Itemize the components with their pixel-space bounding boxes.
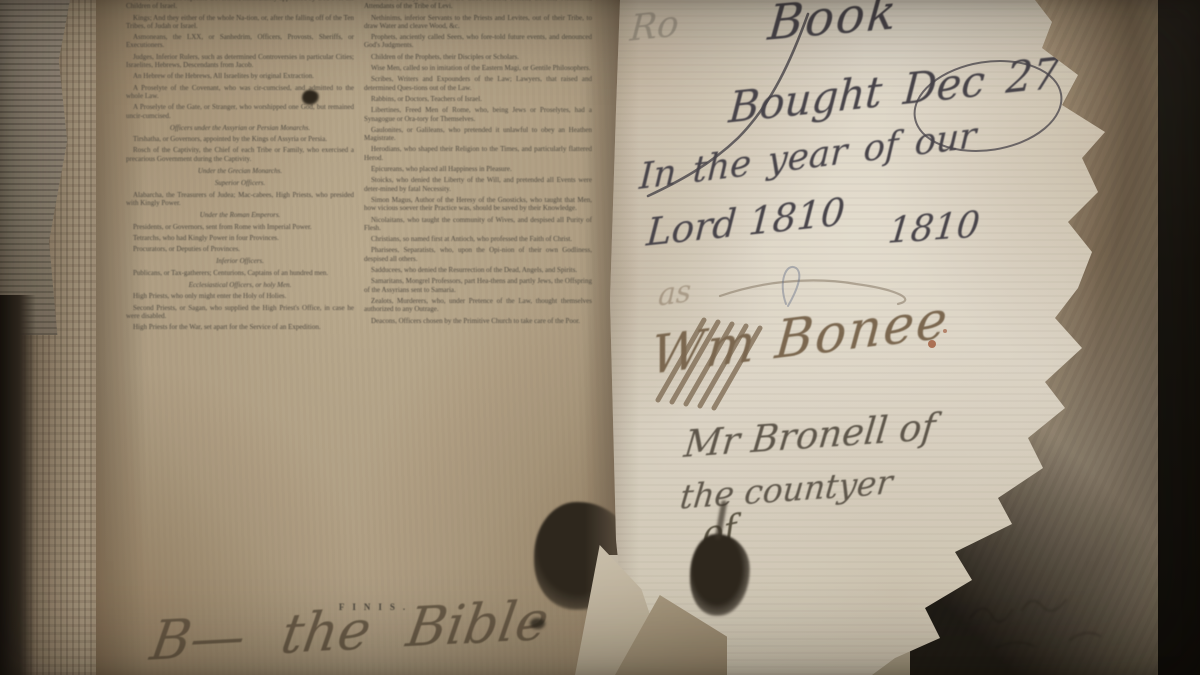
print-block: Superior Officers.: [132, 179, 348, 187]
print-block: Kings; And they either of the whole Na-t…: [126, 14, 354, 31]
print-block: Alabarcha, the Treasurers of Judea; Mac-…: [126, 191, 354, 208]
print-block: Ecclesiastical Officers, or holy Men.: [132, 281, 348, 289]
edge-shadow: [0, 295, 36, 675]
inscription-faint-mid: as: [658, 273, 692, 313]
print-block: Asmoneans, the LXX, or Sanhedrim, Office…: [126, 33, 354, 50]
print-block: Epicureans, who placed all Happiness in …: [364, 165, 592, 173]
left-printed-page: nours; Theocratic supreme Governors, imm…: [96, 0, 656, 675]
print-block: High Priests for the War, set apart for …: [126, 323, 354, 331]
print-block: Rabbins, or Doctors, Teachers of Israel.: [364, 95, 592, 103]
print-block: Sadducees, who denied the Resurrection o…: [364, 266, 592, 274]
print-block: A Proselyte of the Gate, or Stranger, wh…: [126, 103, 354, 120]
print-block: Herodians, who shaped their Religion to …: [364, 145, 592, 162]
print-block: Presidents, or Governors, sent from Rome…: [126, 223, 354, 231]
print-block: Aaron's Family; of these were three Orde…: [364, 0, 592, 11]
print-block: Zealots, Murderers, who, under Pretence …: [364, 297, 592, 314]
print-block: Nicolaitans, who taught the community of…: [364, 216, 592, 233]
print-block: Tetrarchs, who had Kingly Power in four …: [126, 234, 354, 242]
print-block: Gaulonites, or Galileans, who pretended …: [364, 126, 592, 143]
print-block: Libertines, Freed Men of Rome, who, bein…: [364, 106, 592, 123]
inscription-faint-top: Ro: [629, 3, 680, 50]
print-block: Children of the Prophets, their Disciple…: [364, 53, 592, 61]
print-block: Procurators, or Deputies of Provinces.: [126, 245, 354, 253]
print-column-1: nours; Theocratic supreme Governors, imm…: [126, 0, 354, 610]
print-block: Samaritans, Mongrel Professors, part Hea…: [364, 277, 592, 294]
print-block: nours; Theocratic supreme Governors, imm…: [126, 0, 354, 11]
print-block: Judges, Inferior Rulers, such as determi…: [126, 53, 354, 70]
print-block: Simon Magus, Author of the Heresy of the…: [364, 196, 592, 213]
print-block: Rosch of the Captivity, the Chief of eac…: [126, 146, 354, 163]
print-block: High Priests, who only might enter the H…: [126, 292, 354, 300]
print-block: Under the Roman Emperors.: [132, 211, 348, 219]
print-block: Pharisees, Separatists, who, upon the Op…: [364, 246, 592, 263]
print-block: Wise Men, called so in imitation of the …: [364, 64, 592, 72]
print-block: Publicans, or Tax-gatherers; Centurions,…: [126, 269, 354, 277]
print-block: Second Priests, or Sagan, who supplied t…: [126, 304, 354, 321]
print-block: Scribes, Writers and Expounders of the L…: [364, 75, 592, 92]
print-block: Prophets, anciently called Seers, who fo…: [364, 33, 592, 50]
print-block: Christians, so named first at Antioch, w…: [364, 235, 592, 243]
print-block: Nethinims, inferior Servants to the Prie…: [364, 14, 592, 31]
print-block: Tirshatha, or Governors, appointed by th…: [126, 135, 354, 143]
print-block: Inferior Officers.: [132, 257, 348, 265]
print-block: An Hebrew of the Hebrews, All Israelites…: [126, 72, 354, 80]
inscription-1810-repeat: 1810: [886, 205, 982, 253]
print-block: Officers under the Assyrian or Persian M…: [132, 124, 348, 132]
print-block: Deacons, Officers chosen by the Primitiv…: [364, 317, 592, 325]
print-block: Under the Grecian Monarchs.: [132, 167, 348, 175]
print-block: A Proselyte of the Covenant, who was cir…: [126, 84, 354, 101]
damaged-leaf-fragment: [0, 0, 70, 335]
dark-background-strip: [1158, 0, 1200, 675]
photo-open-antique-bible: nours; Theocratic supreme Governors, imm…: [0, 0, 1200, 675]
print-block: Stoicks, who denied the Liberty of the W…: [364, 176, 592, 193]
